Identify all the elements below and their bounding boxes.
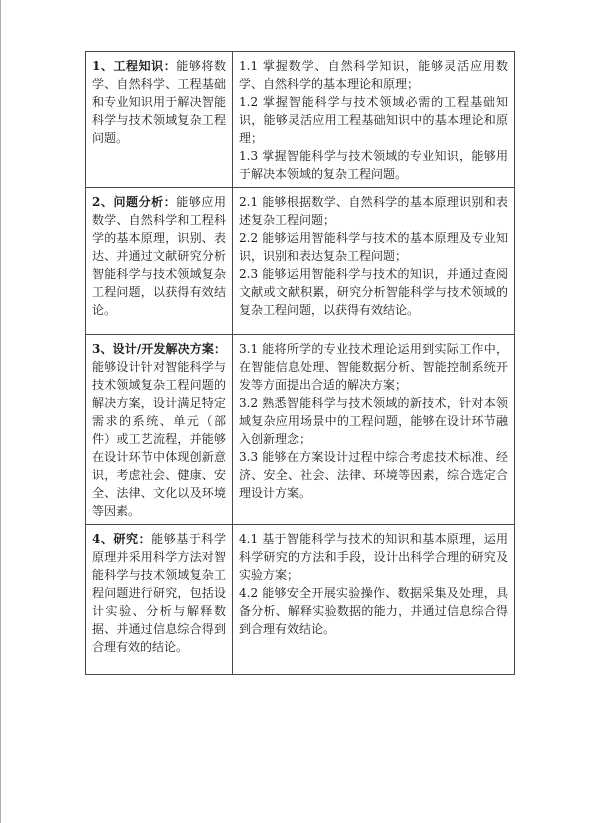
indicator-item: 1.1 掌握数学、自然科学知识，能够灵活应用数学、自然科学的基本理论和原理； <box>239 57 508 93</box>
requirement-label: 4、研究： <box>92 532 151 546</box>
indicator-item: 1.3 掌握智能科学与技术领域的专业知识，能够用于解决本领域的复杂工程问题。 <box>239 147 508 183</box>
requirement-cell-3: 3、设计/开发解决方案：能够设计针对智能科学与技术领域复杂工程问题的解决方案，设… <box>86 335 233 525</box>
requirement-label: 1、工程知识： <box>92 59 176 73</box>
table-row: 3、设计/开发解决方案：能够设计针对智能科学与技术领域复杂工程问题的解决方案，设… <box>86 335 515 525</box>
indicator-cell-1: 1.1 掌握数学、自然科学知识，能够灵活应用数学、自然科学的基本理论和原理； 1… <box>233 52 515 188</box>
indicator-item: 4.1 基于智能科学与技术的知识和基本原理，运用科学研究的方法和手段，设计出科学… <box>239 530 508 584</box>
requirement-text: 能够设计针对智能科学与技术领域复杂工程问题的解决方案，设计满足特定需求的系统、单… <box>92 360 226 518</box>
table-row: 4、研究：能够基于科学原理并采用科学方法对智能科学与技术领域复杂工程问题进行研究… <box>86 525 515 675</box>
graduation-requirements-table: 1、工程知识：能够将数学、自然科学、工程基础和专业知识用于解决智能科学与技术领域… <box>85 51 515 675</box>
indicator-item: 3.3 能够在方案设计过程中综合考虑技术标准、经济、安全、社会、法律、环境等因素… <box>239 448 508 502</box>
page-left-edge-line <box>0 0 1 823</box>
indicator-cell-2: 2.1 能够根据数学、自然科学的基本原理识别和表述复杂工程问题； 2.2 能够运… <box>233 188 515 335</box>
indicator-item: 3.1 能将所学的专业技术理论运用到实际工作中，在智能信息处理、智能数据分析、智… <box>239 340 508 394</box>
indicator-cell-4: 4.1 基于智能科学与技术的知识和基本原理，运用科学研究的方法和手段，设计出科学… <box>233 525 515 675</box>
indicator-item: 3.2 熟悉智能科学与技术领域的新技术，针对本领域复杂应用场景中的工程问题，能够… <box>239 394 508 448</box>
requirement-cell-1: 1、工程知识：能够将数学、自然科学、工程基础和专业知识用于解决智能科学与技术领域… <box>86 52 233 188</box>
document-page: { "page": { "background": "#ffffff", "ed… <box>0 0 595 823</box>
requirement-text: 能够基于科学原理并采用科学方法对智能科学与技术领域复杂工程问题进行研究，包括设计… <box>92 532 226 654</box>
table-row: 1、工程知识：能够将数学、自然科学、工程基础和专业知识用于解决智能科学与技术领域… <box>86 52 515 188</box>
indicator-item: 4.2 能够安全开展实验操作、数据采集及处理，具备分析、解释实验数据的能力，并通… <box>239 584 508 638</box>
indicator-item: 2.3 能够运用智能科学与技术的知识，并通过查阅文献或文献积累，研究分析智能科学… <box>239 265 508 319</box>
indicator-item: 2.1 能够根据数学、自然科学的基本原理识别和表述复杂工程问题； <box>239 193 508 229</box>
requirement-text: 能够应用数学、自然科学和工程科学的基本原理，识别、表达、并通过文献研究分析智能科… <box>92 195 226 317</box>
indicator-item: 2.2 能够运用智能科学与技术的基本原理及专业知识，识别和表达复杂工程问题； <box>239 229 508 265</box>
indicator-cell-3: 3.1 能将所学的专业技术理论运用到实际工作中，在智能信息处理、智能数据分析、智… <box>233 335 515 525</box>
requirement-label: 2、问题分析： <box>92 195 176 209</box>
requirement-cell-2: 2、问题分析：能够应用数学、自然科学和工程科学的基本原理，识别、表达、并通过文献… <box>86 188 233 335</box>
table-row: 2、问题分析：能够应用数学、自然科学和工程科学的基本原理，识别、表达、并通过文献… <box>86 188 515 335</box>
indicator-item: 1.2 掌握智能科学与技术领域必需的工程基础知识，能够灵活应用工程基础知识中的基… <box>239 93 508 147</box>
requirement-label: 3、设计/开发解决方案： <box>92 342 226 356</box>
requirement-cell-4: 4、研究：能够基于科学原理并采用科学方法对智能科学与技术领域复杂工程问题进行研究… <box>86 525 233 675</box>
